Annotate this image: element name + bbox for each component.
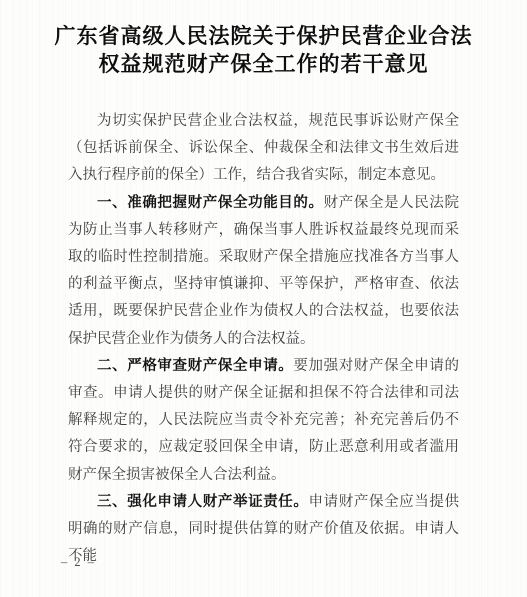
section-2-text: 要加强对财产保全申请的审查。申请人提供的财产保全证据和担保不符合法律和司法解释规… xyxy=(68,358,459,483)
paragraph-section-2: 二、严格审查财产保全申请。要加强对财产保全申请的审查。申请人提供的财产保全证据和… xyxy=(68,353,459,489)
section-3-heading: 三、强化申请人财产举证责任。 xyxy=(97,494,309,510)
title-line-1: 广东省高级人民法院关于保护民营企业合法 xyxy=(49,22,479,50)
document-title: 广东省高级人民法院关于保护民营企业合法 权益规范财产保全工作的若干意见 xyxy=(49,22,479,78)
paragraph-intro: 为切实保护民营企业合法权益，规范民事诉讼财产保全（包括诉前保全、诉讼保全、仲裁保… xyxy=(68,108,459,190)
section-1-text: 财产保全是人民法院为防止当事人转移财产，确保当事人胜诉权益最终兑现而采取的临时性… xyxy=(68,195,459,347)
section-1-heading: 一、准确把握财产保全功能目的。 xyxy=(97,195,324,211)
paragraph-section-1: 一、准确把握财产保全功能目的。财产保全是人民法院为防止当事人转移财产，确保当事人… xyxy=(68,190,459,353)
paragraph-intro-text: 为切实保护民营企业合法权益，规范民事诉讼财产保全（包括诉前保全、诉讼保全、仲裁保… xyxy=(68,113,459,183)
title-line-2: 权益规范财产保全工作的若干意见 xyxy=(49,50,479,78)
paragraph-section-3: 三、强化申请人财产举证责任。申请财产保全应当提供明确的财产信息，同时提供估算的财… xyxy=(68,489,459,571)
page-number: – 2 – xyxy=(61,555,96,570)
section-2-heading: 二、严格审查财产保全申请。 xyxy=(97,358,293,374)
document-page: 广东省高级人民法院关于保护民营企业合法 权益规范财产保全工作的若干意见 为切实保… xyxy=(0,0,527,597)
document-body: 为切实保护民营企业合法权益，规范民事诉讼财产保全（包括诉前保全、诉讼保全、仲裁保… xyxy=(68,108,459,570)
